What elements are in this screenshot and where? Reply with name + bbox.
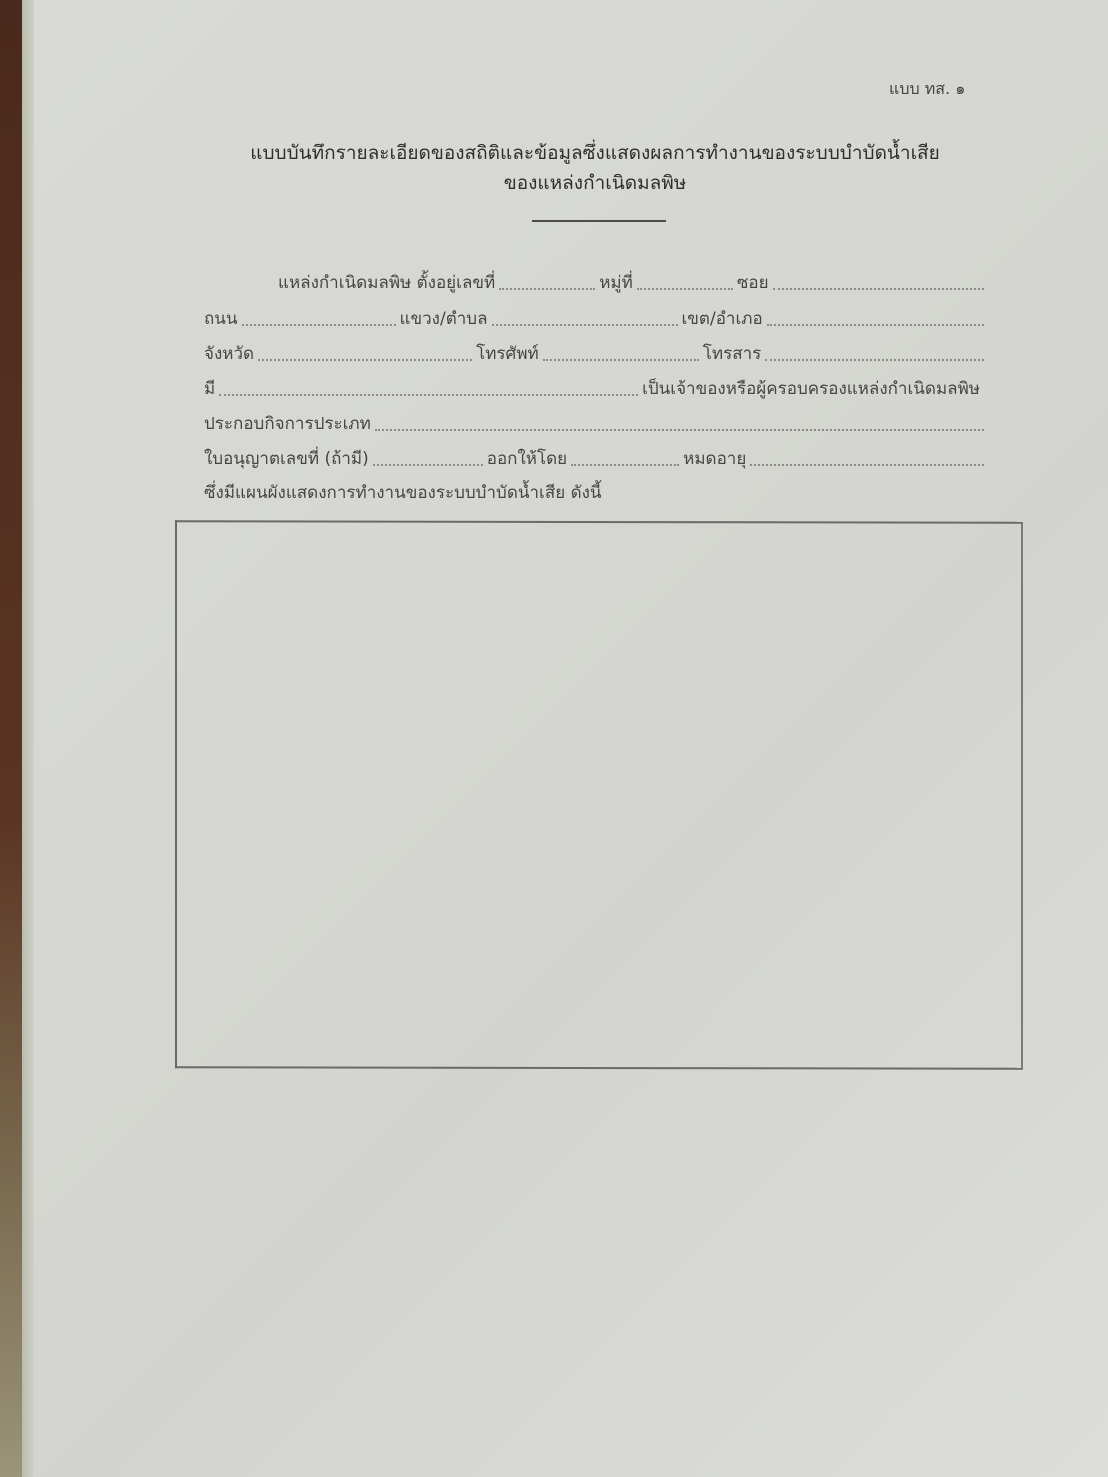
form-title-line2: ของแหล่งกำเนิดมลพิษ: [0, 172, 1108, 194]
form-code: แบบ ทส. ๑: [889, 78, 965, 100]
address-no-label: แหล่งกำเนิดมลพิษ ตั้งอยู่เลขที่: [274, 269, 499, 296]
province-field[interactable]: [258, 359, 472, 361]
diagram-intro-row: ซึ่งมีแผนผังแสดงการทำงานของระบบบำบัดน้ำเ…: [204, 480, 984, 506]
province-row: จังหวัด โทรศัพท์ โทรสาร: [204, 341, 984, 367]
address-no-field[interactable]: [499, 288, 595, 290]
soi-field[interactable]: [773, 288, 984, 290]
phone-field[interactable]: [543, 359, 699, 361]
moo-label: หมู่ที่: [595, 269, 637, 296]
owner-field[interactable]: [219, 394, 638, 396]
moo-field[interactable]: [637, 288, 733, 290]
district-field[interactable]: [767, 324, 984, 326]
address-row: แหล่งกำเนิดมลพิษ ตั้งอยู่เลขที่ หมู่ที่ …: [204, 270, 984, 296]
expiry-field[interactable]: [750, 464, 984, 466]
phone-label: โทรศัพท์: [472, 340, 543, 367]
owner-row: มี เป็นเจ้าของหรือผู้ครอบครองแหล่งกำเนิด…: [204, 376, 984, 402]
road-row: ถนน แขวง/ตำบล เขต/อำเภอ: [204, 306, 984, 332]
road-label: ถนน: [204, 305, 242, 332]
title-underline: [532, 220, 666, 222]
form-title-line1: แบบบันทึกรายละเอียดของสถิติและข้อมูลซึ่ง…: [0, 142, 1108, 164]
province-label: จังหวัด: [204, 340, 258, 367]
soi-label: ซอย: [733, 269, 773, 296]
desk-background: [0, 0, 24, 1477]
wastewater-diagram-box[interactable]: [175, 520, 1023, 1069]
fax-label: โทรสาร: [699, 340, 766, 367]
subdistrict-field[interactable]: [492, 324, 678, 326]
subdistrict-label: แขวง/ตำบล: [396, 305, 492, 332]
license-no-label: ใบอนุญาตเลขที่ (ถ้ามี): [204, 445, 373, 472]
owner-suffix-label: เป็นเจ้าของหรือผู้ครอบครองแหล่งกำเนิดมลพ…: [638, 375, 984, 402]
issued-by-field[interactable]: [571, 464, 679, 466]
expiry-label: หมดอายุ: [679, 445, 750, 472]
business-type-label: ประกอบกิจการประเภท: [204, 410, 375, 437]
owner-prefix-label: มี: [204, 375, 219, 402]
business-type-row: ประกอบกิจการประเภท: [204, 411, 984, 437]
license-row: ใบอนุญาตเลขที่ (ถ้ามี) ออกให้โดย หมดอายุ: [204, 446, 984, 472]
issued-by-label: ออกให้โดย: [483, 445, 571, 472]
business-type-field[interactable]: [375, 429, 984, 431]
district-label: เขต/อำเภอ: [678, 305, 767, 332]
road-field[interactable]: [242, 324, 396, 326]
fax-field[interactable]: [765, 359, 984, 361]
diagram-intro-text: ซึ่งมีแผนผังแสดงการทำงานของระบบบำบัดน้ำเ…: [204, 479, 606, 506]
license-no-field[interactable]: [373, 464, 483, 466]
